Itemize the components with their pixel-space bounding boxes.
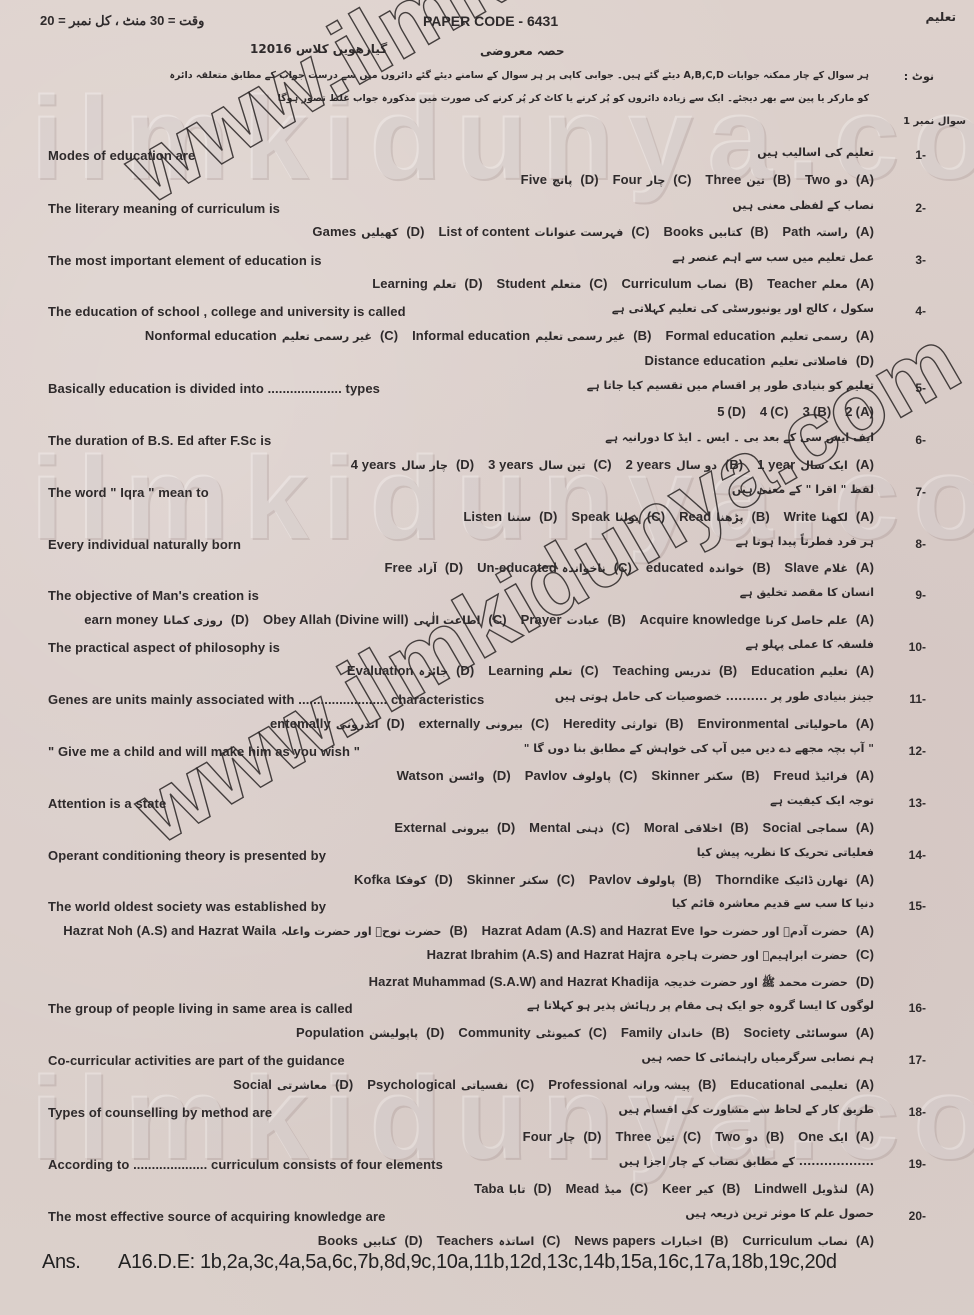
option: Booksکتابیں(B) bbox=[663, 223, 768, 241]
option: Heredityتوارثی(B) bbox=[563, 715, 683, 733]
option-english: Learning bbox=[488, 663, 544, 678]
option-urdu: علم حاصل کرنا bbox=[766, 614, 848, 627]
question-text-english: The word " Iqra " mean to bbox=[48, 485, 209, 500]
option-row: Externalبیرونی(D)Mentalذہنی(C)Moralاخلاق… bbox=[380, 819, 874, 837]
option-urdu: خواندہ bbox=[709, 562, 745, 575]
option-letter: (B) bbox=[711, 1025, 729, 1040]
question-number: 13- bbox=[909, 796, 926, 810]
option-english: Watson bbox=[397, 768, 444, 783]
option-english: 3 bbox=[803, 404, 810, 419]
option-letter: (D) bbox=[231, 612, 249, 627]
question-text-urdu: تعلیم کو بنیادی طور پر اقسام میں تقسیم ک… bbox=[587, 379, 874, 392]
option-urdu: غیر رسمی تعلیم bbox=[282, 330, 372, 343]
option: List of contentفہرست عنوانات(C) bbox=[438, 223, 649, 241]
option-letter: (A) bbox=[856, 768, 874, 783]
option-english: Kofka bbox=[354, 872, 391, 887]
option-row: Socialمعاشرتی(D)Psychologicalنفسیاتی(C)P… bbox=[219, 1076, 874, 1094]
question-number: 20- bbox=[909, 1209, 926, 1223]
option-letter: (B) bbox=[730, 820, 748, 835]
option-urdu: تابا bbox=[509, 1183, 526, 1196]
option: Hazrat Ibrahim (A.S) and Hazrat Hajraحضر… bbox=[427, 946, 874, 964]
option-urdu: راستہ bbox=[816, 226, 848, 239]
option-urdu: لکھنا bbox=[821, 511, 847, 524]
question-text-english: " Give me a child and will make him as y… bbox=[48, 744, 360, 759]
option-english: Listen bbox=[463, 509, 502, 524]
option: Threeتین(B) bbox=[705, 171, 791, 189]
question-number: 2- bbox=[915, 201, 926, 215]
option-english: Three bbox=[616, 1129, 652, 1144]
option: Slaveغلام(A) bbox=[784, 559, 874, 577]
option: Educationتعلیم(A) bbox=[751, 662, 874, 680]
question-text-english: The group of people living in same area … bbox=[48, 1001, 353, 1016]
option-row: Nonformal educationغیر رسمی تعلیم(C)Info… bbox=[131, 327, 874, 345]
option-letter: (C) bbox=[619, 768, 637, 783]
option-urdu: تعلیمی bbox=[810, 1079, 848, 1092]
option-letter: (A) bbox=[856, 224, 874, 239]
option-letter: (B) bbox=[449, 923, 467, 938]
option-letter: (C) bbox=[488, 612, 506, 627]
question-text-english: The duration of B.S. Ed after F.Sc is bbox=[48, 433, 271, 448]
option-row: 4 yearsچار سال(D)3 yearsتین سال(C)2 year… bbox=[337, 456, 874, 474]
paper-code: PAPER CODE - 6431 bbox=[423, 13, 558, 29]
option-urdu: نصاب bbox=[697, 278, 727, 291]
option-letter: (C) bbox=[516, 1077, 534, 1092]
option-english: Four bbox=[613, 172, 642, 187]
question-text-urdu: دنیا کا سب سے قدیم معاشرہ قائم کیا bbox=[672, 897, 874, 910]
option: Learningتعلم(D) bbox=[372, 275, 482, 293]
option: Acquire knowledgeعلم حاصل کرنا(A) bbox=[640, 611, 874, 629]
option-english: Pavlov bbox=[525, 768, 568, 783]
option: Professionalپیشہ ورانہ(B) bbox=[548, 1076, 716, 1094]
option-english: Nonformal education bbox=[145, 328, 277, 343]
option-english: Curriculum bbox=[742, 1233, 812, 1248]
option-letter: (B) bbox=[750, 224, 768, 239]
question-number: 5- bbox=[915, 381, 926, 395]
option-urdu: تین bbox=[656, 1131, 675, 1144]
option: Teachingتدریس(B) bbox=[613, 662, 738, 680]
option-letter: (D) bbox=[335, 1077, 353, 1092]
option: Gamesکھیلیں(D) bbox=[312, 223, 424, 241]
option: Pavlovپاولوف(B) bbox=[589, 871, 702, 889]
option: Psychologicalنفسیاتی(C) bbox=[367, 1076, 534, 1094]
option: Curriculumنصاب(A) bbox=[742, 1232, 874, 1250]
option-urdu: بیرونی bbox=[451, 822, 489, 835]
option-english: educated bbox=[646, 560, 704, 575]
option-urdu: معلم bbox=[822, 278, 848, 291]
question-text-english: The education of school , college and un… bbox=[48, 304, 406, 319]
option-urdu: پاولوف bbox=[572, 770, 611, 783]
option-letter: (C) bbox=[380, 328, 398, 343]
question-number: 14- bbox=[909, 848, 926, 862]
option: Hazrat Noh (A.S) and Hazrat Wailaحضرت نو… bbox=[63, 922, 467, 940]
option: Un-educatedناخواندہ(C) bbox=[477, 559, 632, 577]
option-row: Hazrat Noh (A.S) and Hazrat Wailaحضرت نو… bbox=[49, 922, 874, 940]
option: Writeلکھنا(A) bbox=[784, 508, 874, 526]
option-letter: (C) bbox=[856, 947, 874, 962]
option-row: entemallyاندرونی(D)externallyبیرونی(C)He… bbox=[256, 715, 874, 733]
option-english: Mead bbox=[566, 1181, 600, 1196]
option-english: earn money bbox=[84, 612, 158, 627]
option-letter: (D) bbox=[404, 1233, 422, 1248]
option-letter: (C) bbox=[631, 224, 649, 239]
option-letter: (D) bbox=[533, 1181, 551, 1196]
option-urdu: چار bbox=[557, 1131, 575, 1144]
option: Meadمیڈ(C) bbox=[566, 1180, 648, 1198]
option-english: News papers bbox=[574, 1233, 655, 1248]
option-urdu: پاولوف bbox=[636, 874, 675, 887]
option-letter: (B) bbox=[698, 1077, 716, 1092]
option: Societyسوسائٹی(A) bbox=[743, 1024, 874, 1042]
option-english: Heredity bbox=[563, 716, 616, 731]
option: 2(A) bbox=[845, 403, 874, 421]
option-letter: (B) bbox=[725, 457, 743, 472]
question-text-english: The most important element of education … bbox=[48, 253, 322, 268]
option: Fourچار(D) bbox=[523, 1128, 602, 1146]
instruction-line-2: کو مارکر یا پین سے بھر دیجئے۔ ایک سے زیا… bbox=[278, 93, 869, 104]
option-urdu: تدریس bbox=[674, 665, 711, 678]
option: Obey Allah (Divine will)اطاعت الٰہی(C) bbox=[263, 611, 507, 629]
option-urdu: خاندان bbox=[668, 1027, 704, 1040]
option-urdu: ایک bbox=[829, 1131, 848, 1144]
question-text-english: Types of counselling by method are bbox=[48, 1105, 272, 1120]
option: Studentمتعلم(C) bbox=[497, 275, 608, 293]
option-english: Learning bbox=[372, 276, 428, 291]
option-row: Kofkaکوفکا(D)Skinnerسکنر(C)Pavlovپاولوف(… bbox=[340, 871, 874, 889]
question-text-urdu: ہر فرد فطرتاً پیدا ہوتا ہے bbox=[736, 535, 874, 548]
option-letter: (A) bbox=[856, 1233, 874, 1248]
question-number: 12- bbox=[909, 744, 926, 758]
option-english: Lindwell bbox=[754, 1181, 807, 1196]
option-urdu: فاصلاتی تعلیم bbox=[770, 355, 847, 368]
question-text-english: Genes are units mainly associated with .… bbox=[48, 692, 484, 707]
option: Moralاخلاقی(B) bbox=[644, 819, 749, 837]
option-letter: (B) bbox=[633, 328, 651, 343]
option-letter: (B) bbox=[752, 509, 770, 524]
option: Socialمعاشرتی(D) bbox=[233, 1076, 353, 1094]
option-urdu: اطاعت الٰہی bbox=[414, 614, 481, 627]
option-urdu: میڈ bbox=[604, 1183, 622, 1196]
option-english: External bbox=[394, 820, 446, 835]
option-letter: (D) bbox=[426, 1025, 444, 1040]
option: Formal educationرسمی تعلیم(A) bbox=[665, 327, 874, 345]
option-urdu: بولنا bbox=[615, 511, 639, 524]
question-number: 15- bbox=[909, 899, 926, 913]
option-letter: (B) bbox=[735, 276, 753, 291]
option-english: 4 bbox=[760, 404, 767, 419]
option-urdu: روزی کمانا bbox=[163, 614, 223, 627]
option-english: Hazrat Noh (A.S) and Hazrat Waila bbox=[63, 923, 276, 938]
question-text-urdu: نصاب کے لفظی معنی ہیں bbox=[732, 199, 874, 212]
option-urdu: توارثی bbox=[621, 718, 657, 731]
option: Speakبولنا(C) bbox=[571, 508, 665, 526]
option-letter: (D) bbox=[493, 768, 511, 783]
option-row: earn moneyروزی کمانا(D)Obey Allah (Divin… bbox=[70, 611, 874, 629]
option-urdu: تین bbox=[746, 174, 765, 187]
question-number: 1- bbox=[915, 148, 926, 162]
question-text-urdu: لوگوں کا ایسا گروہ جو ایک ہی مقام پر رہا… bbox=[527, 999, 874, 1012]
option: entemallyاندرونی(D) bbox=[270, 715, 405, 733]
question-text-english: Co-curricular activities are part of the… bbox=[48, 1053, 345, 1068]
option: Fiveپانچ(D) bbox=[521, 171, 599, 189]
option-letter: (C) bbox=[589, 276, 607, 291]
option-english: Informal education bbox=[412, 328, 530, 343]
option-urdu: کوفکا bbox=[396, 874, 427, 887]
option-urdu: کمیونٹی bbox=[536, 1027, 581, 1040]
option-english: 2 bbox=[845, 404, 852, 419]
option-urdu: تھارن ڈائیک bbox=[784, 874, 848, 887]
question-text-urdu: سکول ، کالج اور یونیورسٹی کی تعلیم کہلات… bbox=[612, 302, 874, 315]
option-english: Books bbox=[663, 224, 703, 239]
option-english: Curriculum bbox=[621, 276, 691, 291]
option-letter: (A) bbox=[856, 872, 874, 887]
option-urdu: ناخواندہ bbox=[562, 562, 606, 575]
option-english: Two bbox=[805, 172, 830, 187]
option-english: Un-educated bbox=[477, 560, 557, 575]
option: 4(C) bbox=[760, 403, 789, 421]
instruction-line-1: ہر سوال کے چار ممکنہ جوابات A,B,C,D دیئے… bbox=[169, 70, 869, 81]
option-letter: (A) bbox=[856, 276, 874, 291]
option-urdu: چار سال bbox=[401, 459, 448, 472]
option: Nonformal educationغیر رسمی تعلیم(C) bbox=[145, 327, 398, 345]
option-urdu: سننا bbox=[507, 511, 531, 524]
option-english: Books bbox=[318, 1233, 358, 1248]
option-letter: (A) bbox=[856, 172, 874, 187]
option-english: Moral bbox=[644, 820, 679, 835]
option-letter: (C) bbox=[580, 663, 598, 678]
option: Lindwellلنڈویل(A) bbox=[754, 1180, 874, 1198]
question-text-english: The literary meaning of curriculum is bbox=[48, 201, 280, 216]
option-english: Path bbox=[782, 224, 811, 239]
question-text-urdu: حصول علم کا موثر ترین ذریعہ ہیں bbox=[685, 1207, 874, 1220]
option-urdu: بیرونی bbox=[485, 718, 523, 731]
option: Oneایک(A) bbox=[798, 1128, 874, 1146]
option-letter: (D) bbox=[728, 404, 746, 419]
option-urdu: دو bbox=[745, 1131, 757, 1144]
option-letter: (C) bbox=[612, 820, 630, 835]
option-urdu: تعلم bbox=[433, 278, 456, 291]
option-english: Write bbox=[784, 509, 817, 524]
question-text-urdu: فعلیاتی تحریک کا نظریہ پیش کیا bbox=[697, 846, 874, 859]
question-text-english: According to .................... curric… bbox=[48, 1157, 443, 1172]
option: Evaluationجائزہ(D) bbox=[347, 662, 474, 680]
option-letter: (A) bbox=[856, 560, 874, 575]
option: earn moneyروزی کمانا(D) bbox=[84, 611, 249, 629]
option-urdu: فرائیڈ bbox=[815, 770, 848, 783]
option: 4 yearsچار سال(D) bbox=[351, 456, 474, 474]
option: Fourچار(C) bbox=[613, 171, 692, 189]
question-text-english: The most effective source of acquiring k… bbox=[48, 1209, 386, 1224]
question-number: 10- bbox=[909, 640, 926, 654]
option-english: Thorndike bbox=[715, 872, 779, 887]
option-letter: (D) bbox=[456, 663, 474, 678]
option-row: Evaluationجائزہ(D)Learningتعلم(C)Teachin… bbox=[333, 662, 874, 680]
question-number: 9- bbox=[915, 588, 926, 602]
option-row: Fiveپانچ(D)Fourچار(C)Threeتین(B)Twoدو(A) bbox=[507, 171, 874, 189]
option: Readپڑھنا(B) bbox=[679, 508, 770, 526]
option: Teachersاساتذہ(C) bbox=[437, 1232, 561, 1250]
option-urdu: کھیلیں bbox=[361, 226, 398, 239]
option-urdu: اخبارات bbox=[661, 1235, 702, 1248]
option-letter: (A) bbox=[856, 1129, 874, 1144]
option: Pavlovپاولوف(C) bbox=[525, 767, 638, 785]
option-english: Community bbox=[458, 1025, 530, 1040]
option-urdu: آزاد bbox=[417, 562, 437, 575]
option: 2 yearsدو سال(B) bbox=[626, 456, 744, 474]
option-letter: (B) bbox=[710, 1233, 728, 1248]
option: Hazrat Adam (A.S) and Hazrat Eveحضرت آدم… bbox=[482, 922, 874, 940]
question-number: 16- bbox=[909, 1001, 926, 1015]
option-urdu: چار bbox=[647, 174, 665, 187]
question-number: 4- bbox=[915, 304, 926, 318]
question-text-english: Basically education is divided into ....… bbox=[48, 381, 380, 396]
option-urdu: رسمی تعلیم bbox=[780, 330, 847, 343]
question-text-urdu: عمل تعلیم میں سب سے اہم عنصر ہے bbox=[672, 251, 874, 264]
option-english: Hazrat Muhammad (S.A.W) and Hazrat Khadi… bbox=[369, 974, 659, 989]
option-urdu: ماحولیاتی bbox=[794, 718, 848, 731]
option-letter: (D) bbox=[856, 353, 874, 368]
option: Educationalتعلیمی(A) bbox=[730, 1076, 874, 1094]
option-urdu: پانچ bbox=[552, 174, 572, 187]
option: 1 yearایک سال(A) bbox=[757, 456, 874, 474]
option-letter: (B) bbox=[719, 663, 737, 678]
option-english: Teachers bbox=[437, 1233, 494, 1248]
option: Skinnerسکنر(B) bbox=[651, 767, 759, 785]
option-urdu: تعلم bbox=[549, 665, 572, 678]
option-urdu: نفسیاتی bbox=[461, 1079, 508, 1092]
question-text-english: The practical aspect of philosophy is bbox=[48, 640, 280, 655]
option-urdu: ایک سال bbox=[800, 459, 848, 472]
option-english: Read bbox=[679, 509, 711, 524]
option-letter: (C) bbox=[614, 560, 632, 575]
option-row: Learningتعلم(D)Studentمتعلم(C)Curriculum… bbox=[358, 275, 874, 293]
option-letter: (A) bbox=[856, 612, 874, 627]
question-number: 18- bbox=[909, 1105, 926, 1119]
option: Keerکیر(B) bbox=[662, 1180, 740, 1198]
option: Learningتعلم(C) bbox=[488, 662, 598, 680]
option-english: List of content bbox=[438, 224, 529, 239]
option-urdu: ذہنی bbox=[576, 822, 604, 835]
question-text-english: Operant conditioning theory is presented… bbox=[48, 848, 326, 863]
question-text-english: Modes of education are bbox=[48, 148, 195, 163]
option-english: Taba bbox=[474, 1181, 504, 1196]
option-english: Speak bbox=[571, 509, 610, 524]
option: Mentalذہنی(C) bbox=[529, 819, 630, 837]
option: Thorndikeتھارن ڈائیک(A) bbox=[715, 871, 874, 889]
question-text-english: Every individual naturally born bbox=[48, 537, 241, 552]
option-english: Teaching bbox=[613, 663, 670, 678]
option: Kofkaکوفکا(D) bbox=[354, 871, 453, 889]
option-letter: (A) bbox=[856, 716, 874, 731]
option-row: Gamesکھیلیں(D)List of contentفہرست عنوان… bbox=[298, 223, 874, 241]
watermark-diagonal: www.ilmkidunya.com bbox=[108, 0, 968, 225]
option-letter: (A) bbox=[856, 328, 874, 343]
option-letter: (B) bbox=[722, 1181, 740, 1196]
option-english: Social bbox=[233, 1077, 272, 1092]
question-text-urdu: ایف ایس سی کے بعد بی ۔ ایس ۔ ایڈ کا دورا… bbox=[605, 431, 874, 444]
option-letter: (A) bbox=[856, 663, 874, 678]
option-letter: (A) bbox=[856, 404, 874, 419]
question-text-urdu: جینز بنیادی طور پر .......... خصوصیات کی… bbox=[555, 690, 874, 703]
option-urdu: تین سال bbox=[539, 459, 586, 472]
option-urdu: فہرست عنوانات bbox=[535, 226, 624, 239]
option-letter: (A) bbox=[856, 1025, 874, 1040]
option-english: Population bbox=[296, 1025, 364, 1040]
option-english: Keer bbox=[662, 1181, 691, 1196]
option: Prayerعبادت(B) bbox=[521, 611, 626, 629]
question-number-label: سوال نمبر 1 bbox=[903, 116, 966, 127]
option-letter: (D) bbox=[583, 1129, 601, 1144]
option: Twoدو(B) bbox=[715, 1128, 784, 1146]
option-letter: (C) bbox=[770, 404, 788, 419]
option-urdu: کیر bbox=[696, 1183, 714, 1196]
option: Hazrat Muhammad (S.A.W) and Hazrat Khadi… bbox=[369, 973, 874, 992]
option: Teacherمعلم(A) bbox=[767, 275, 874, 293]
option: 3 yearsتین سال(C) bbox=[488, 456, 612, 474]
option-letter: (A) bbox=[856, 1077, 874, 1092]
option-letter: (D) bbox=[445, 560, 463, 575]
option-urdu: پیشہ ورانہ bbox=[632, 1079, 690, 1092]
option-letter: (B) bbox=[813, 404, 831, 419]
option-letter: (B) bbox=[683, 872, 701, 887]
option-letter: (C) bbox=[589, 1025, 607, 1040]
question-number: 3- bbox=[915, 253, 926, 267]
question-text-urdu: طریق کار کے لحاظ سے مشاورت کی اقسام ہیں bbox=[618, 1103, 874, 1116]
option-english: Four bbox=[523, 1129, 552, 1144]
option-row: Listenسننا(D)Speakبولنا(C)Readپڑھنا(B)Wr… bbox=[449, 508, 874, 526]
option-row: Tabaتابا(D)Meadمیڈ(C)Keerکیر(B)Lindwellل… bbox=[460, 1180, 874, 1198]
option: Externalبیرونی(D) bbox=[394, 819, 515, 837]
option-english: Environmental bbox=[697, 716, 789, 731]
question-text-urdu: تعلیم کی اسالیب ہیں bbox=[757, 146, 874, 159]
option-urdu: عبادت bbox=[567, 614, 600, 627]
option-english: Five bbox=[521, 172, 547, 187]
option-english: 1 year bbox=[757, 457, 795, 472]
option-letter: (A) bbox=[856, 509, 874, 524]
option-english: Free bbox=[385, 560, 413, 575]
option-letter: (D) bbox=[464, 276, 482, 291]
option-urdu: سکنر bbox=[520, 874, 549, 887]
option-urdu: حضرت آدمؑ اور حضرت حوا bbox=[700, 925, 848, 938]
option: Threeتین(C) bbox=[616, 1128, 702, 1146]
option-urdu: غلام bbox=[824, 562, 848, 575]
option-letter: (C) bbox=[683, 1129, 701, 1144]
question-text-english: The world oldest society was established… bbox=[48, 899, 326, 914]
option-english: 4 years bbox=[351, 457, 397, 472]
option: News papersاخبارات(B) bbox=[574, 1232, 728, 1250]
option: Familyخاندان(B) bbox=[621, 1024, 730, 1042]
option-urdu: حضرت نوحؑ اور حضرت واعلہ bbox=[281, 925, 441, 938]
option-letter: (C) bbox=[647, 509, 665, 524]
question-text-urdu: ہم نصابی سرگرمیاں راہنمائی کا حصہ ہیں bbox=[641, 1051, 874, 1064]
option: Environmentalماحولیاتی(A) bbox=[697, 715, 874, 733]
option-letter: (A) bbox=[856, 820, 874, 835]
option-english: Distance education bbox=[644, 353, 765, 368]
question-text-urdu: لفظ " اقرا " کے معنی ہیں bbox=[732, 483, 874, 496]
option-english: Skinner bbox=[651, 768, 699, 783]
option: Freeآزاد(D) bbox=[385, 559, 464, 577]
question-text-urdu: فلسفہ کا عملی پہلو ہے bbox=[746, 638, 874, 651]
question-number: 7- bbox=[915, 485, 926, 499]
question-text-urdu: " آپ بچہ مجھے دے دیں میں آپ کی خواہش کے … bbox=[524, 742, 874, 755]
option-english: Formal education bbox=[665, 328, 775, 343]
option-letter: (D) bbox=[580, 172, 598, 187]
option-letter: (C) bbox=[557, 872, 575, 887]
option-english: 3 years bbox=[488, 457, 534, 472]
option-letter: (D) bbox=[387, 716, 405, 731]
subject-corner-label: تعلیم bbox=[926, 10, 957, 24]
option-letter: (D) bbox=[539, 509, 557, 524]
option-urdu: سماجی bbox=[806, 822, 847, 835]
